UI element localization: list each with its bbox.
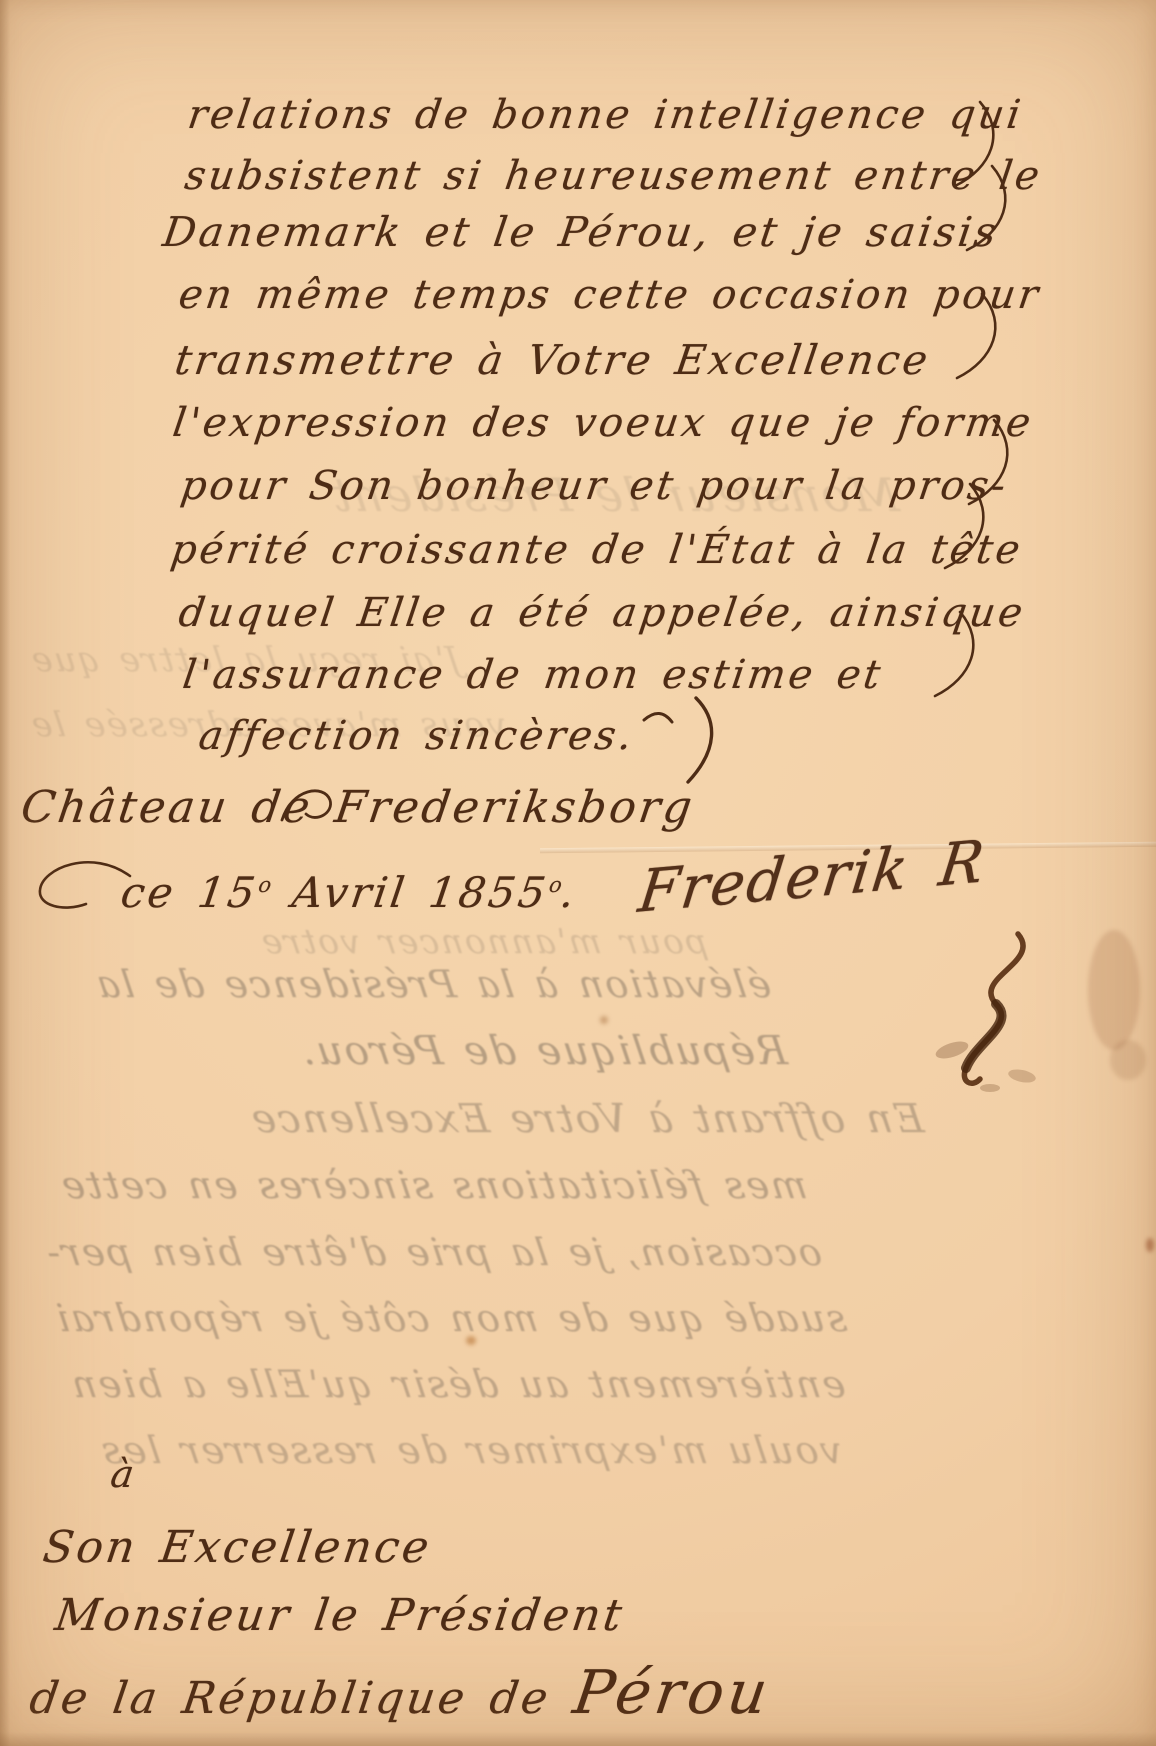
letter-line: périté croissante de l'État à la tête xyxy=(168,527,1026,573)
bleedthrough-line: suadé que de mon côté je répondrai xyxy=(52,1296,849,1340)
letter-line: subsistent si heureusement entre le xyxy=(182,153,1045,199)
letter-page: J'ai reçu la lettre que vous m'avez adre… xyxy=(0,0,1156,1746)
letter-line: l'assurance de mon estime et xyxy=(180,652,886,698)
ink-smudge xyxy=(1088,930,1140,1050)
letter-line: transmettre à Votre Excellence xyxy=(172,336,933,384)
letter-line: duquel Elle a été appelée, ainsique xyxy=(176,590,1028,636)
address-line: Monsieur le Président xyxy=(52,1590,628,1641)
letter-line: affection sincères. xyxy=(196,713,638,759)
address-line: Son Excellence xyxy=(40,1522,435,1573)
letter-line: l'expression des voeux que je forme xyxy=(170,400,1036,446)
closing-paraph-flourish xyxy=(636,692,726,787)
ink-smudge xyxy=(1110,1040,1146,1080)
bleedthrough-line: République de Pérou. xyxy=(297,1028,790,1074)
bleedthrough-line: En offrant à Votre Excellence xyxy=(247,1096,927,1142)
letter-line: relations de bonne intelligence qui xyxy=(185,92,1026,138)
bleedthrough-line: entièrement au désir qu'Elle a bien xyxy=(67,1362,848,1406)
ink-speck xyxy=(1146,1238,1154,1252)
date-month-year: Avril 1855 xyxy=(267,868,552,917)
foxing-spot xyxy=(466,1336,476,1345)
address-line3-peru: Pérou xyxy=(569,1658,775,1728)
place-line: Château de Frederiksborg xyxy=(18,782,698,833)
signature: Frederik R xyxy=(635,827,989,926)
signature-ink-flourish xyxy=(930,928,1070,1103)
foxing-spot xyxy=(600,1016,608,1024)
address-particle: à xyxy=(108,1452,140,1496)
bleedthrough-line: voulu m'exprimer de resserrer les xyxy=(97,1428,845,1472)
letter-line: Danemark et le Pérou, et je saisis xyxy=(160,208,1002,256)
bleedthrough-line: occasion, je la prie d'être bien per- xyxy=(42,1230,824,1274)
bleedthrough-line: mes félicitations sincères en cette xyxy=(57,1163,810,1207)
paper-edge-shadow xyxy=(0,0,10,1746)
address-line: de la République de Pérou xyxy=(26,1658,776,1728)
letter-line: en même temps cette occasion pour xyxy=(176,272,1044,318)
date-day: ce 15 xyxy=(118,868,261,917)
date-line: ce 15o Avril 1855o. xyxy=(118,868,581,917)
paper-edge-shadow xyxy=(0,1732,1156,1746)
address-line3-prefix: de la République de xyxy=(27,1673,577,1724)
letter-line: pour Son bonheur et pour la pros- xyxy=(178,463,1011,509)
bleedthrough-line: élévation à la Présidence de la xyxy=(92,962,774,1006)
bleedthrough-line: pour m'annoncer votre xyxy=(257,922,710,962)
